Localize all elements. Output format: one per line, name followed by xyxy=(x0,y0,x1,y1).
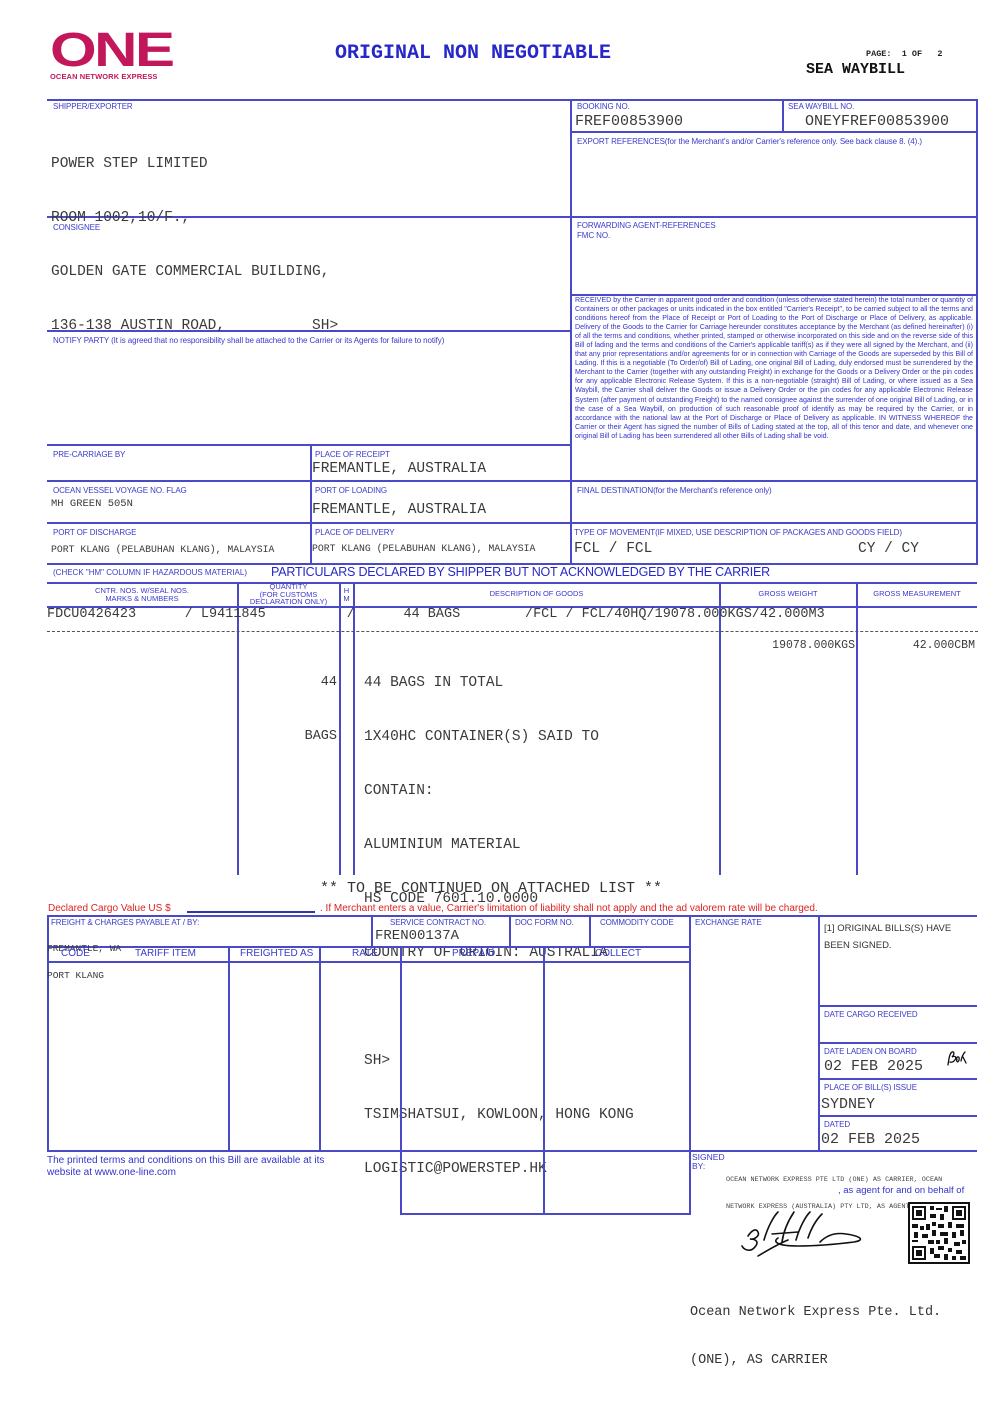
hazardous-note: (CHECK "HM" COLUMN IF HAZARDOUS MATERIAL… xyxy=(53,568,247,577)
payable-line: PORT KLANG xyxy=(47,971,121,980)
column-header-text: DECLARATION ONLY) xyxy=(238,598,339,606)
divider xyxy=(589,915,591,947)
port-of-loading-value[interactable]: FREMANTLE, AUSTRALIA xyxy=(312,502,486,518)
charges-column-code: CODE xyxy=(61,948,90,959)
shipper-line: 136-138 AUSTIN ROAD, SH> xyxy=(51,317,338,335)
description-line: SH> xyxy=(364,1052,634,1070)
notify-party-label: NOTIFY PARTY (It is agreed that no respo… xyxy=(53,336,444,345)
waybill-label: SEA WAYBILL NO. xyxy=(788,102,854,111)
carrier-line: Ocean Network Express Pte. Ltd. xyxy=(690,1305,941,1321)
divider xyxy=(47,99,977,101)
port-of-discharge-label: PORT OF DISCHARGE xyxy=(53,528,136,537)
fmc-label: FMC NO. xyxy=(577,231,610,240)
divider xyxy=(319,946,321,1151)
label-line: BY: xyxy=(692,1162,725,1171)
service-contract-value[interactable]: FREN00137A xyxy=(375,928,459,944)
column-header-quantity: QUANTITY(FOR CUSTOMSDECLARATION ONLY) xyxy=(238,583,339,606)
column-divider xyxy=(719,582,721,875)
carrier-name: Ocean Network Express Pte. Ltd. (ONE), A… xyxy=(690,1273,941,1385)
date-laden-label: DATE LADEN ON BOARD xyxy=(824,1047,917,1056)
movement-value-left[interactable]: FCL / FCL xyxy=(574,541,652,557)
description-line: TSIMSHATSUI, KOWLOON, HONG KONG xyxy=(364,1106,634,1124)
place-of-delivery-value[interactable]: PORT KLANG (PELABUHAN KLANG), MALAYSIA xyxy=(312,543,535,554)
divider xyxy=(818,1115,977,1117)
date-laden-value[interactable]: 02 FEB 2025 xyxy=(824,1058,923,1075)
booking-label: BOOKING NO. xyxy=(577,102,630,111)
divider xyxy=(818,1078,977,1080)
container-line: FDCU0426423 / L9411845 / 44 BAGS /FCL / … xyxy=(47,607,825,622)
continued-notice: ** TO BE CONTINUED ON ATTACHED LIST ** xyxy=(320,880,662,897)
original-bills-note: [1] ORIGINAL BILLS(S) HAVE BEEN SIGNED. xyxy=(824,920,951,954)
one-logo: ONE OCEAN NETWORK EXPRESS xyxy=(50,33,168,83)
movement-type-label: TYPE OF MOVEMENT(IF MIXED, USE DESCRIPTI… xyxy=(574,528,902,537)
place-of-receipt-value[interactable]: FREMANTLE, AUSTRALIA xyxy=(312,461,486,477)
goods-description: 44 BAGS IN TOTAL 1X40HC CONTAINER(S) SAI… xyxy=(364,638,634,1196)
place-of-receipt-label: PLACE OF RECEIPT xyxy=(315,450,390,459)
description-line: ALUMINIUM MATERIAL xyxy=(364,836,634,854)
forwarding-agent-label: FORWARDING AGENT-REFERENCES xyxy=(577,221,716,230)
logo-text: ONE xyxy=(50,27,173,75)
initials-icon xyxy=(944,1049,970,1069)
divider xyxy=(47,961,690,963)
column-header-hm: HM xyxy=(340,587,353,603)
divider xyxy=(782,99,784,132)
divider xyxy=(228,946,230,1151)
agent-note: , as agent for and on behalf of xyxy=(838,1185,964,1196)
divider xyxy=(400,1213,690,1215)
charges-column-freighted-as: FREIGHTED AS xyxy=(240,948,313,959)
waybill-number[interactable]: ONEYFREF00853900 xyxy=(805,113,949,130)
final-destination-label: FINAL DESTINATION(for the Merchant's ref… xyxy=(577,486,772,495)
dashed-separator xyxy=(47,631,978,632)
signed-by-label: SIGNED BY: xyxy=(692,1153,725,1171)
gross-measurement-value: 42.000CBM xyxy=(857,639,975,652)
divider xyxy=(47,480,977,482)
divider xyxy=(543,946,545,1214)
movement-value-right[interactable]: CY / CY xyxy=(858,541,919,557)
declared-value-note: . If Merchant enters a value, Carrier's … xyxy=(320,903,818,914)
shipper-address: POWER STEP LIMITED ROOM 1002,10/F., GOLD… xyxy=(51,119,338,353)
particulars-title: PARTICULARS DECLARED BY SHIPPER BUT NOT … xyxy=(271,565,770,579)
doc-form-label: DOC FORM NO. xyxy=(515,918,574,927)
consignee-label: CONSIGNEE xyxy=(53,223,100,232)
note-line: BEEN SIGNED. xyxy=(824,937,951,954)
dated-label: DATED xyxy=(824,1120,850,1129)
quantity-unit: BAGS xyxy=(238,728,337,746)
divider xyxy=(570,99,572,565)
description-line: 44 BAGS IN TOTAL xyxy=(364,674,634,692)
page-indicator: PAGE: 1 OF 2 xyxy=(866,49,943,59)
commodity-code-label: COMMODITY CODE xyxy=(600,918,674,927)
export-references-label: EXPORT REFERENCES(for the Merchant's and… xyxy=(577,137,922,146)
column-header-description: DESCRIPTION OF GOODS xyxy=(354,590,719,598)
column-header-gross-measurement: GROSS MEASUREMENT xyxy=(857,590,977,598)
place-of-delivery-label: PLACE OF DELIVERY xyxy=(315,528,395,537)
divider xyxy=(47,522,977,524)
column-header-gross-weight: GROSS WEIGHT xyxy=(720,590,856,598)
page-label: PAGE: xyxy=(866,49,892,59)
divider xyxy=(371,915,373,947)
note-line: website at www.one-line.com xyxy=(47,1167,324,1179)
note-line: The printed terms and conditions on this… xyxy=(47,1155,324,1167)
divider xyxy=(976,294,978,481)
document-title: ORIGINAL NON NEGOTIABLE xyxy=(335,42,611,65)
logo-subtitle: OCEAN NETWORK EXPRESS xyxy=(50,72,158,81)
divider xyxy=(818,1042,977,1044)
note-line: [1] ORIGINAL BILLS(S) HAVE xyxy=(824,920,951,937)
terms-availability-note: The printed terms and conditions on this… xyxy=(47,1155,324,1179)
description-line: LOGISTIC@POWERSTEP.HK xyxy=(364,1160,634,1178)
shipper-label: SHIPPER/EXPORTER xyxy=(53,102,133,111)
carrier-line: (ONE), AS CARRIER xyxy=(690,1353,941,1369)
port-of-discharge-value[interactable]: PORT KLANG (PELABUHAN KLANG), MALAYSIA xyxy=(51,544,274,555)
column-header-text: M xyxy=(340,595,353,603)
divider xyxy=(509,915,511,947)
column-divider xyxy=(353,582,355,875)
divider xyxy=(570,131,977,133)
date-cargo-received-label: DATE CARGO RECEIVED xyxy=(824,1010,918,1019)
place-of-issue-label: PLACE OF BILL(S) ISSUE xyxy=(824,1083,917,1092)
signed-by-line: OCEAN NETWORK EXPRESS PTE LTD (ONE) AS C… xyxy=(726,1176,942,1185)
column-header-text: MARKS & NUMBERS xyxy=(47,595,237,603)
description-line xyxy=(364,998,634,1016)
service-contract-label: SERVICE CONTRACT NO. xyxy=(390,918,486,927)
column-header-marks: CNTR. NOS. W/SEAL NOS.MARKS & NUMBERS xyxy=(47,587,237,603)
divider xyxy=(400,946,402,1214)
port-of-loading-label: PORT OF LOADING xyxy=(315,486,387,495)
quantity-value: 44 xyxy=(238,674,337,692)
exchange-rate-label: EXCHANGE RATE xyxy=(695,918,762,927)
document-type: SEA WAYBILL xyxy=(806,61,905,78)
divider xyxy=(976,99,978,296)
divider xyxy=(47,582,977,584)
divider xyxy=(976,480,978,565)
package-quantity: 44 BAGS xyxy=(238,638,337,764)
divider xyxy=(689,915,691,1215)
charges-column-tariff: TARIFF ITEM xyxy=(135,948,196,959)
dated-value[interactable]: 02 FEB 2025 xyxy=(821,1131,920,1148)
description-line: 1X40HC CONTAINER(S) SAID TO xyxy=(364,728,634,746)
qr-code-icon xyxy=(908,1202,970,1264)
terms-paragraph: RECEIVED by the Carrier in apparent good… xyxy=(575,296,973,441)
vessel-value[interactable]: MH GREEN 505N xyxy=(51,498,133,510)
divider xyxy=(47,444,571,446)
page-value: 1 OF 2 xyxy=(902,49,943,59)
declared-value-label: Declared Cargo Value US $ xyxy=(48,903,171,914)
vessel-label: OCEAN VESSEL VOYAGE NO. FLAG xyxy=(53,486,187,495)
gross-weight-value: 19078.000KGS xyxy=(720,639,855,652)
charges-column-prepaid: PREPAID xyxy=(452,948,495,959)
shipper-line: POWER STEP LIMITED xyxy=(51,155,338,173)
divider xyxy=(47,1150,977,1152)
column-divider xyxy=(856,582,858,875)
description-line: CONTAIN: xyxy=(364,782,634,800)
place-of-issue-value[interactable]: SYDNEY xyxy=(821,1096,875,1113)
handwritten-signature-icon xyxy=(738,1206,878,1266)
divider xyxy=(818,1005,977,1007)
divider xyxy=(47,915,977,917)
charges-column-rate: RATE xyxy=(352,948,378,959)
declared-value-field[interactable] xyxy=(187,911,315,913)
pre-carriage-label: PRE-CARRIAGE BY xyxy=(53,450,125,459)
column-divider xyxy=(339,582,341,875)
booking-number[interactable]: FREF00853900 xyxy=(575,113,683,130)
shipper-line: GOLDEN GATE COMMERCIAL BUILDING, xyxy=(51,263,338,281)
charges-column-collect: COLLECT xyxy=(595,948,641,959)
